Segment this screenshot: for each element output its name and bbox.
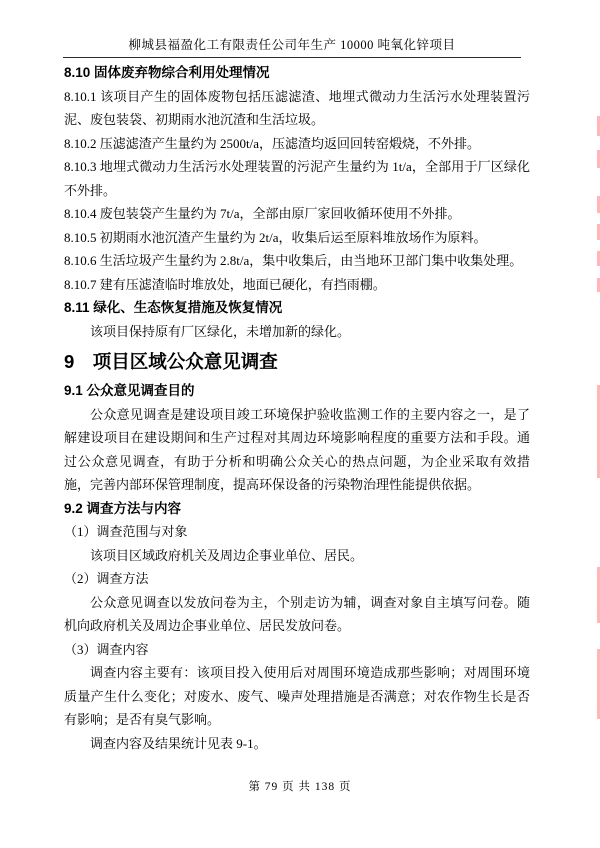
paragraph: 8.10.3 地埋式微动力生活污水处理装置的污泥产生量约为 1t/a，全部用于厂… (64, 155, 530, 202)
paragraph: 8.10.6 生活垃圾产生量约为 2.8t/a，集中收集后，由当地环卫部门集中收… (64, 249, 530, 273)
document-page: 柳城县福盈化工有限责任公司年生产 10000 吨氧化锌项目 8.10 固体废弃物… (0, 0, 600, 848)
paragraph: 公众意见调查是建设项目竣工环境保护验收监测工作的主要内容之一，是了解建设项目在建… (64, 403, 530, 497)
running-header-title: 柳城县福盈化工有限责任公司年生产 10000 吨氧化锌项目 (63, 38, 521, 58)
section-heading: 9.2 调查方法与内容 (64, 497, 530, 521)
document-content: 8.10 固体废弃物综合利用处理情况8.10.1 该项目产生的固体废物包括压滤滤… (64, 61, 530, 755)
paragraph: （3）调查内容 (64, 638, 530, 662)
paragraph: 该项目保持原有厂区绿化，未增加新的绿化。 (64, 320, 530, 344)
paragraph: 8.10.7 建有压滤渣临时堆放处，地面已硬化，有挡雨棚。 (64, 273, 530, 297)
paragraph: 公众意见调查以发放问卷为主，个别走访为辅，调查对象自主填写问卷。随机向政府机关及… (64, 591, 530, 638)
paragraph: 8.10.5 初期雨水池沉渣产生量约为 2t/a，收集后运至原料堆放场作为原料。 (64, 226, 530, 250)
paragraph: （1）调查范围与对象 (64, 520, 530, 544)
paragraph: 调查内容主要有：该项目投入使用后对周围环境造成那些影响；对周围环境质量产生什么变… (64, 661, 530, 732)
paragraph: 8.10.1 该项目产生的固体废物包括压滤滤渣、地埋式微动力生活污水处理装置污泥… (64, 85, 530, 132)
paragraph: 调查内容及结果统计见表 9-1。 (64, 732, 530, 756)
page-number: 第 79 页 共 138 页 (0, 778, 600, 794)
paragraph: 该项目区域政府机关及周边企事业单位、居民。 (64, 544, 530, 568)
paragraph: 8.10.4 废包装袋产生量约为 7t/a，全部由原厂家回收循环使用不外排。 (64, 202, 530, 226)
paragraph: 8.10.2 压滤滤渣产生量约为 2500t/a，压滤渣均返回回转窑煅烧，不外排… (64, 132, 530, 156)
chapter-heading: 9 项目区域公众意见调查 (64, 348, 530, 375)
section-heading: 8.10 固体废弃物综合利用处理情况 (64, 61, 530, 85)
paragraph: （2）调查方法 (64, 567, 530, 591)
section-heading: 9.1 公众意见调查目的 (64, 379, 530, 403)
section-heading: 8.11 绿化、生态恢复措施及恢复情况 (64, 296, 530, 320)
